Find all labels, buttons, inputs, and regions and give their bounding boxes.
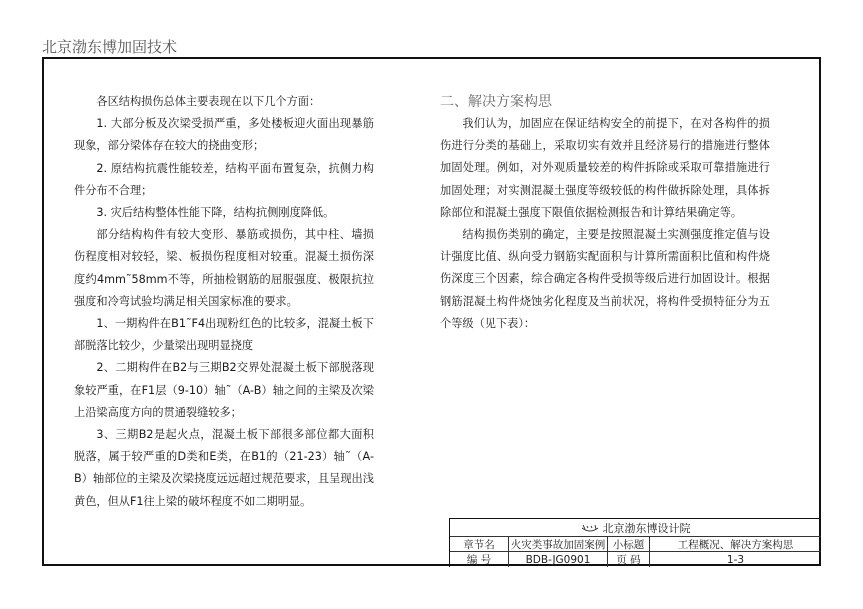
paragraph: 2、二期构件在B2与三期B2交界处混凝土板下部脱落现象较严重，在F1层（9-10… <box>74 357 374 424</box>
paragraph: 部分结构构件有较大变形、暴筋或损伤，其中柱、墙损伤程度相对较轻，梁、板损伤程度相… <box>74 224 374 313</box>
paragraph: 各区结构损伤总体主要表现在以下几个方面： <box>74 91 374 113</box>
paragraph: 1、一期构件在B1˜F4出现粉红色的比较多，混凝土板下部脱落比较少，少量梁出现明… <box>74 313 374 357</box>
institute-logo-icon <box>581 523 599 533</box>
title-block: 北京渤东博设计院 章节名 火灾类事故加固案例 小标题 工程概况、解决方案构思 编… <box>449 518 821 567</box>
title-block-row: 编 号 BDB-JG0901 页 码 1-3 <box>450 552 821 567</box>
header-company-name: 北京渤东博加固技术 <box>42 36 177 57</box>
page-value: 1-3 <box>650 552 821 567</box>
paragraph: 我们认为，加固应在保证结构安全的前提下，在对各构件的损伤进行分类的基础上，采取切… <box>440 113 770 224</box>
paragraph: 3. 灾后结构整体性能下降，结构抗侧刚度降低。 <box>74 202 374 224</box>
title-block-row: 章节名 火灾类事故加固案例 小标题 工程概况、解决方案构思 <box>450 537 821 552</box>
page-label: 页 码 <box>608 552 650 567</box>
chapter-label: 章节名 <box>450 537 509 551</box>
left-column: 各区结构损伤总体主要表现在以下几个方面： 1. 大部分板及次梁受损严重，多处楼板… <box>74 91 374 513</box>
paragraph: 3、三期B2是起火点，混凝土板下部很多部位都大面积脱落，属于较严重的D类和E类，… <box>74 424 374 513</box>
right-column: 二、解决方案构思 我们认为，加固应在保证结构安全的前提下，在对各构件的损伤进行分… <box>440 91 770 335</box>
number-value: BDB-JG0901 <box>509 552 608 567</box>
chapter-value: 火灾类事故加固案例 <box>509 537 608 551</box>
subtitle-value: 工程概况、解决方案构思 <box>650 537 821 551</box>
paragraph: 结构损伤类别的确定，主要是按照混凝土实测强度推定值与设计强度比值、纵向受力钢筋实… <box>440 224 770 335</box>
subtitle-label: 小标题 <box>608 537 650 551</box>
title-block-header: 北京渤东博设计院 <box>450 519 821 537</box>
paragraph: 1. 大部分板及次梁受损严重，多处楼板迎火面出现暴筋现象，部分梁体存在较大的挠曲… <box>74 113 374 157</box>
section-title: 二、解决方案构思 <box>440 91 770 113</box>
institute-name: 北京渤东博设计院 <box>603 520 691 536</box>
paragraph: 2. 原结构抗震性能较差，结构平面布置复杂，抗侧力构件分布不合理； <box>74 158 374 202</box>
number-label: 编 号 <box>450 552 509 567</box>
